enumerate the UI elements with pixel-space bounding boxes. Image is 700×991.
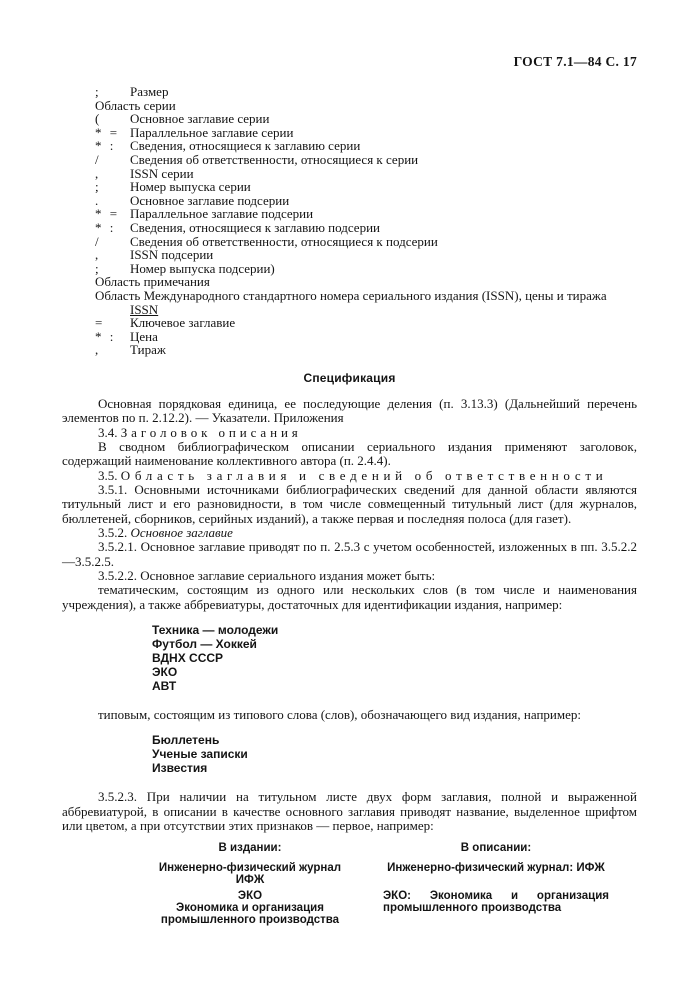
example-line: АВТ bbox=[152, 679, 637, 693]
subsection-number: 3.5.2. bbox=[98, 525, 131, 540]
right-column-header: В описании: bbox=[383, 842, 609, 854]
scheme-item: * =Параллельное заглавие подсерии bbox=[95, 207, 637, 221]
prescribed-punctuation-mark: * = bbox=[95, 126, 117, 140]
scheme-item: ,Тираж bbox=[95, 343, 637, 357]
paragraph: В сводном библиографическом описании сер… bbox=[62, 440, 637, 469]
section-number: 3.5. bbox=[98, 468, 121, 483]
example-line: Ученые записки bbox=[152, 747, 637, 761]
left-column-cell: Инженерно-физический журналИФЖ bbox=[117, 862, 383, 887]
right-column-line: Инженерно-физический журнал: ИФЖ bbox=[383, 862, 609, 874]
prescribed-punctuation-mark: / bbox=[95, 153, 99, 167]
right-column-line: ЭКО: Экономика и организация bbox=[383, 890, 609, 902]
scheme-item: /Сведения об ответственности, относящиес… bbox=[95, 235, 637, 249]
left-column-line: промышленного производства bbox=[117, 914, 383, 926]
running-title: ГОСТ 7.1—84 С. 17 bbox=[62, 54, 637, 70]
paragraph: Основная порядковая единица, ее последую… bbox=[62, 397, 637, 426]
section-heading: 3.4. Заголовок описания bbox=[62, 426, 637, 440]
prescribed-punctuation-mark: , bbox=[95, 167, 98, 181]
left-column-cell: ЭКОЭкономика и организацияпромышленного … bbox=[117, 890, 383, 927]
scheme-item: ;Номер выпуска серии bbox=[95, 180, 637, 194]
paragraph: 3.5.2.3. При наличии на титульном листе … bbox=[62, 790, 637, 833]
prescribed-punctuation-mark: ( bbox=[95, 112, 99, 126]
example-line: Бюллетень bbox=[152, 733, 637, 747]
scheme-element-label: Тираж bbox=[130, 342, 166, 357]
paragraph: 3.5.1. Основными источниками библиографи… bbox=[62, 483, 637, 526]
section-title: Область заглавия и сведений об ответстве… bbox=[121, 468, 608, 483]
prescribed-punctuation-mark: * : bbox=[95, 221, 113, 235]
prescribed-punctuation-mark: ; bbox=[95, 85, 99, 99]
columns-row: Инженерно-физический журналИФЖИнженерно-… bbox=[62, 862, 637, 887]
subsection-heading: 3.5.2. Основное заглавие bbox=[62, 526, 637, 540]
left-column-line: ЭКО bbox=[117, 890, 383, 902]
section-number: 3.4. bbox=[98, 425, 121, 440]
prescribed-punctuation-mark: * = bbox=[95, 207, 117, 221]
description-scheme-list: ;РазмерОбласть серии(Основное заглавие с… bbox=[95, 85, 637, 357]
right-column-line: промышленного производства bbox=[383, 902, 609, 914]
scheme-area-line: Область Международного стандартного номе… bbox=[95, 289, 637, 303]
columns-header-row: В издании:В описании: bbox=[62, 842, 637, 854]
scheme-element-label: Размер bbox=[130, 84, 168, 99]
prescribed-punctuation-mark: ; bbox=[95, 262, 99, 276]
scheme-item: * :Сведения, относящиеся к заглавию подс… bbox=[95, 221, 637, 235]
scheme-item: ISSN bbox=[95, 303, 637, 317]
paragraph: тематическим, состоящим из одного или не… bbox=[62, 583, 637, 612]
prescribed-punctuation-mark: * : bbox=[95, 330, 113, 344]
prescribed-punctuation-mark: / bbox=[95, 235, 99, 249]
paragraph: 3.5.2.2. Основное заглавие сериального и… bbox=[62, 569, 637, 583]
prescribed-punctuation-mark: * : bbox=[95, 139, 113, 153]
scheme-item: =Ключевое заглавие bbox=[95, 316, 637, 330]
scheme-item: ;Номер выпуска подсерии) bbox=[95, 262, 637, 276]
scheme-item: ,ISSN подсерии bbox=[95, 248, 637, 262]
subsection-title: Основное заглавие bbox=[131, 525, 233, 540]
scheme-item: ;Размер bbox=[95, 85, 637, 99]
document-body: Основная порядковая единица, ее последую… bbox=[62, 397, 637, 927]
prescribed-punctuation-mark: , bbox=[95, 343, 98, 357]
right-column-cell: ЭКО: Экономика и организацияпромышленног… bbox=[383, 890, 609, 915]
section-heading: 3.5. Область заглавия и сведений об отве… bbox=[62, 469, 637, 483]
paragraph: типовым, состоящим из типового слова (сл… bbox=[62, 708, 637, 722]
prescribed-punctuation-mark: = bbox=[95, 316, 102, 330]
prescribed-punctuation-mark: ; bbox=[95, 180, 99, 194]
left-column-line: ИФЖ bbox=[117, 874, 383, 886]
scheme-area-line: Область серии bbox=[95, 99, 637, 113]
scheme-area-line: Область примечания bbox=[95, 275, 637, 289]
columns-row: ЭКОЭкономика и организацияпромышленного … bbox=[62, 890, 637, 927]
comparison-columns: В издании:В описании:Инженерно-физически… bbox=[62, 842, 637, 926]
page-content: ГОСТ 7.1—84 С. 17 ;РазмерОбласть серии(О… bbox=[62, 54, 637, 930]
example-block: Техника — молодежиФутбол — ХоккейВДНХ СС… bbox=[152, 623, 637, 693]
prescribed-punctuation-mark: . bbox=[95, 194, 98, 208]
scheme-item: * =Параллельное заглавие серии bbox=[95, 126, 637, 140]
left-column-line: Инженерно-физический журнал bbox=[117, 862, 383, 874]
section-title: Заголовок описания bbox=[121, 425, 302, 440]
scheme-item: * :Цена bbox=[95, 330, 637, 344]
paragraph: 3.5.2.1. Основное заглавие приводят по п… bbox=[62, 540, 637, 569]
scheme-item: (Основное заглавие серии bbox=[95, 112, 637, 126]
example-line: Техника — молодежи bbox=[152, 623, 637, 637]
example-line: ВДНХ СССР bbox=[152, 651, 637, 665]
scheme-item: /Сведения об ответственности, относящиес… bbox=[95, 153, 637, 167]
example-block: БюллетеньУченые запискиИзвестия bbox=[152, 733, 637, 775]
example-line: Известия bbox=[152, 761, 637, 775]
scheme-item: ,ISSN серии bbox=[95, 167, 637, 181]
scheme-item: * :Сведения, относящиеся к заглавию сери… bbox=[95, 139, 637, 153]
example-line: Футбол — Хоккей bbox=[152, 637, 637, 651]
specification-heading: Спецификация bbox=[62, 371, 637, 385]
scheme-item: .Основное заглавие подсерии bbox=[95, 194, 637, 208]
prescribed-punctuation-mark: , bbox=[95, 248, 98, 262]
example-line: ЭКО bbox=[152, 665, 637, 679]
left-column-line: Экономика и организация bbox=[117, 902, 383, 914]
document-page: ГОСТ 7.1—84 С. 17 ;РазмерОбласть серии(О… bbox=[0, 0, 700, 991]
right-column-cell: Инженерно-физический журнал: ИФЖ bbox=[383, 862, 609, 874]
left-column-header: В издании: bbox=[117, 842, 383, 854]
